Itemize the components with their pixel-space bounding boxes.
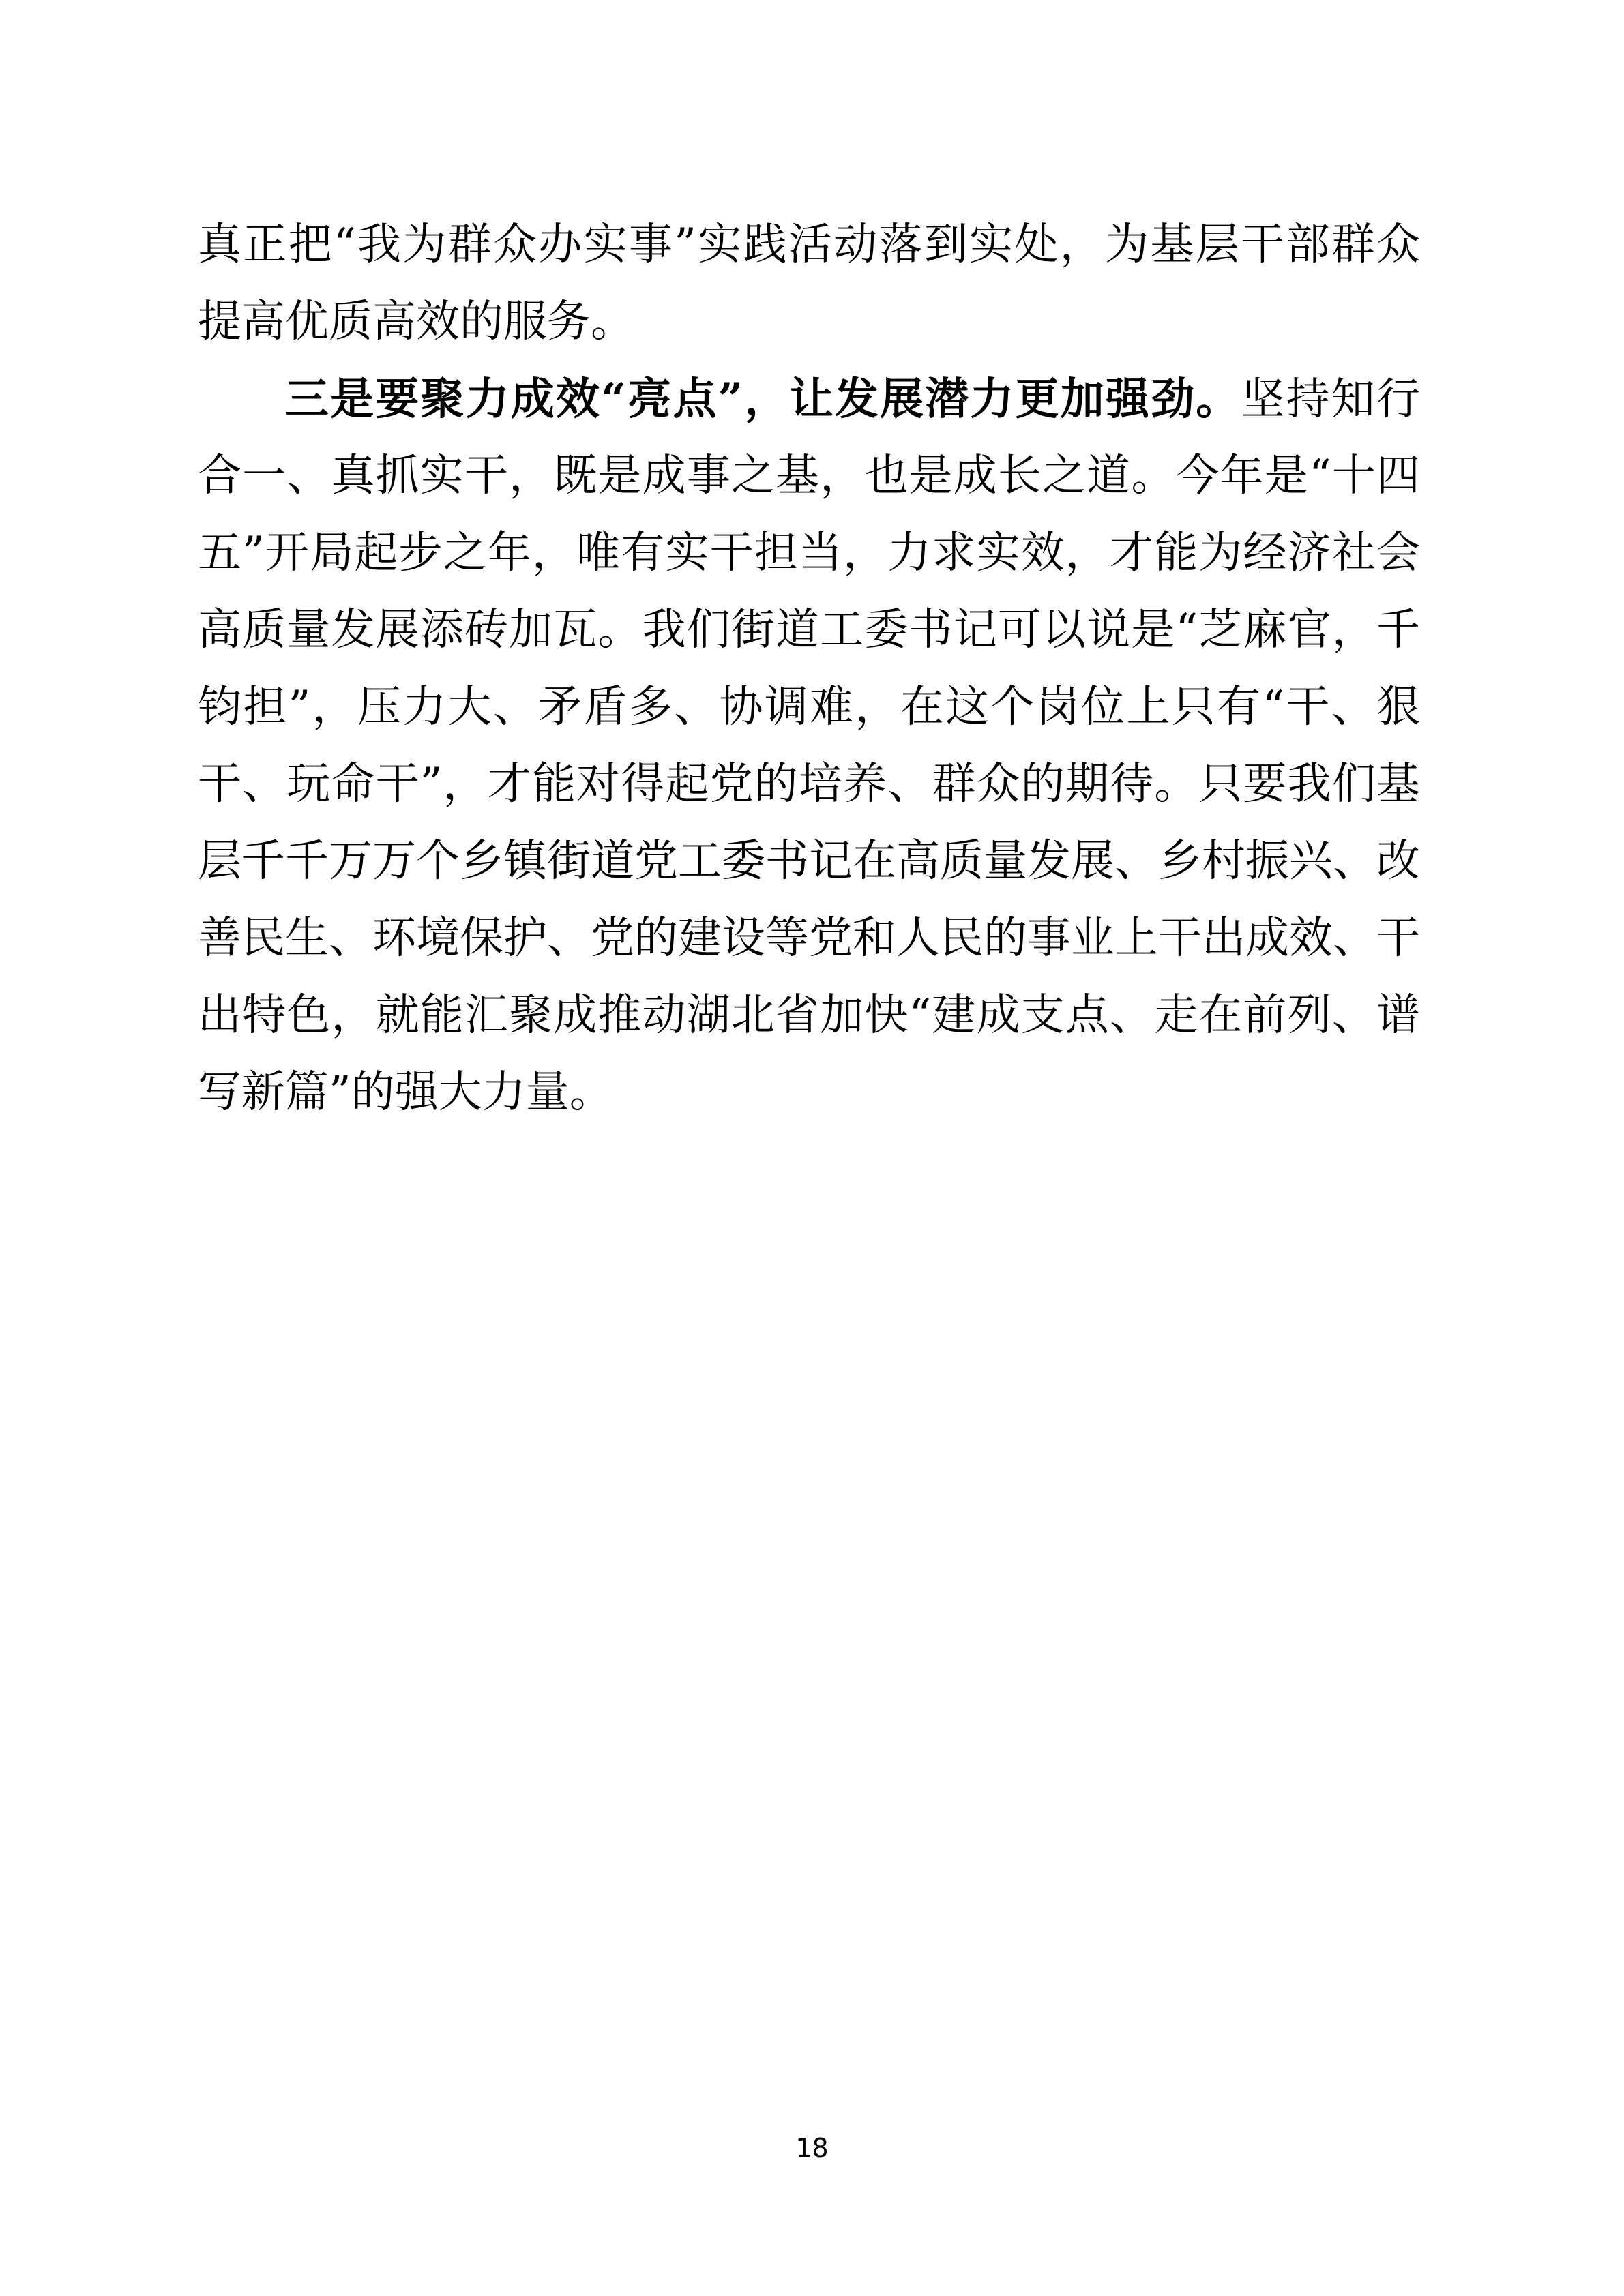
document-page: 真正把“我为群众办实事”实践活动落到实处，为基层干部群众 提高优质高效的服务。 … (0, 0, 1624, 2296)
text-run: 合一、真抓实干，既是成事之基，也是成长之道。今年是“十四 (198, 451, 1420, 501)
paragraph-2-line-8: 善民生、环境保护、党的建设等党和人民的事业上干出成效、干 (198, 900, 1420, 977)
text-run: 写新篇”的强大力量。 (198, 1067, 613, 1118)
paragraph-2-line-2: 合一、真抓实干，既是成事之基，也是成长之道。今年是“十四 (198, 438, 1420, 515)
paragraph-2-line-9: 出特色，就能汇聚成推动湖北省加快“建成支点、走在前列、谱 (198, 977, 1420, 1054)
paragraph-1-line-1: 真正把“我为群众办实事”实践活动落到实处，为基层干部群众 (198, 207, 1420, 284)
text-run: 出特色，就能汇聚成推动湖北省加快“建成支点、走在前列、谱 (198, 990, 1420, 1041)
paragraph-2-line-6: 干、玩命干”，才能对得起党的培养、群众的期待。只要我们基 (198, 746, 1420, 823)
paragraph-1-line-2: 提高优质高效的服务。 (198, 284, 1420, 361)
paragraph-2-line-3: 五”开局起步之年，唯有实干担当，力求实效，才能为经济社会 (198, 515, 1420, 592)
text-run: 坚持知行 (1241, 374, 1420, 425)
paragraph-2-line-1: 三是要聚力成效“亮点”，让发展潜力更加强劲。坚持知行 (198, 361, 1420, 438)
text-run: 提高优质高效的服务。 (198, 297, 634, 347)
text-run: 五”开局起步之年，唯有实干担当，力求实效，才能为经济社会 (198, 528, 1420, 578)
body-text: 真正把“我为群众办实事”实践活动落到实处，为基层干部群众 提高优质高效的服务。 … (198, 207, 1420, 1131)
page-number: 18 (0, 2133, 1624, 2163)
text-run: 钧担”，压力大、矛盾多、协调难，在这个岗位上只有“干、狠 (198, 682, 1420, 732)
text-run: 干、玩命干”，才能对得起党的培养、群众的期待。只要我们基 (198, 759, 1420, 809)
paragraph-2-line-7: 层千千万万个乡镇街道党工委书记在高质量发展、乡村振兴、改 (198, 823, 1420, 900)
paragraph-2-line-10: 写新篇”的强大力量。 (198, 1054, 1420, 1131)
paragraph-2-line-4: 高质量发展添砖加瓦。我们街道工委书记可以说是“芝麻官，千 (198, 592, 1420, 669)
text-run: 真正把“我为群众办实事”实践活动落到实处，为基层干部群众 (198, 220, 1420, 270)
text-run: 层千千万万个乡镇街道党工委书记在高质量发展、乡村振兴、改 (198, 836, 1420, 886)
text-run: 高质量发展添砖加瓦。我们街道工委书记可以说是“芝麻官，千 (198, 605, 1420, 655)
paragraph-2-line-5: 钧担”，压力大、矛盾多、协调难，在这个岗位上只有“干、狠 (198, 669, 1420, 746)
bold-lead-in: 三是要聚力成效“亮点”，让发展潜力更加强劲。 (285, 374, 1241, 425)
text-run: 善民生、环境保护、党的建设等党和人民的事业上干出成效、干 (198, 913, 1420, 964)
